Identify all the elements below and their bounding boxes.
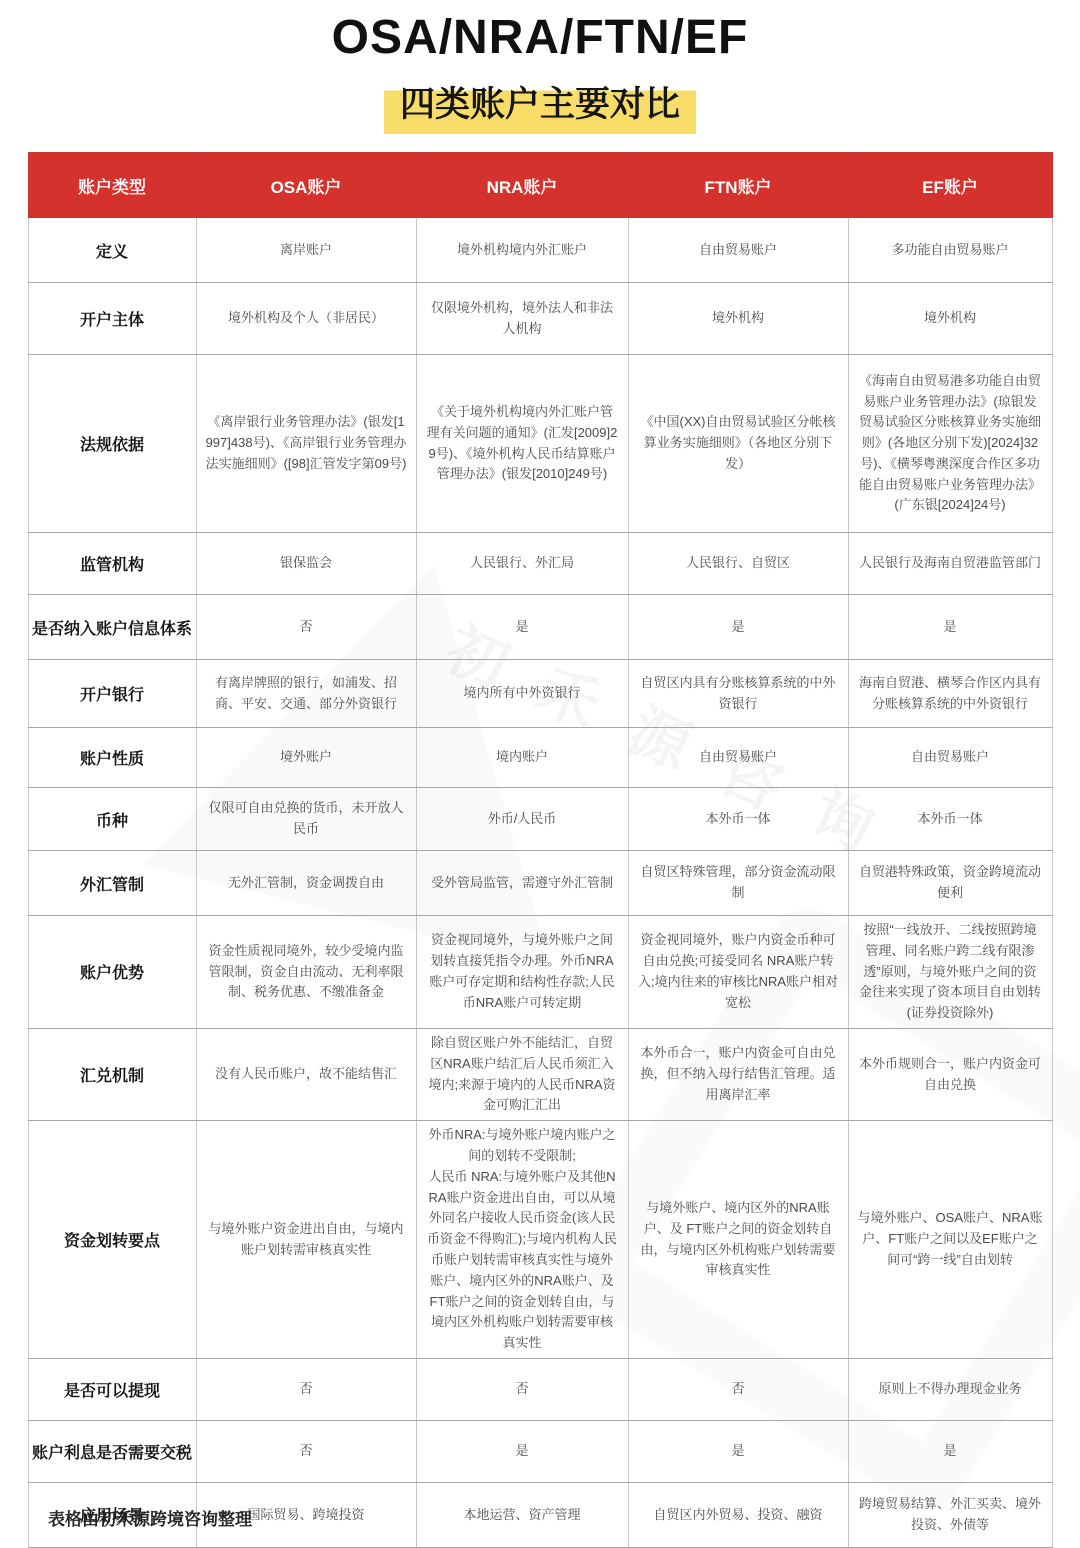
row-label: 币种: [28, 788, 196, 851]
table-cell: 与境外账户资金进出自由，与境内账户划转需审核真实性: [196, 1121, 416, 1359]
table-cell: 自贸港特殊政策，资金跨境流动便利: [848, 851, 1052, 916]
table-cell: 是: [416, 1420, 628, 1482]
table-cell: 跨境贸易结算、外汇买卖、境外投资、外债等: [848, 1482, 1052, 1547]
table-row: 监管机构银保监会人民银行、外汇局人民银行、自贸区人民银行及海南自贸港监管部门: [28, 533, 1052, 595]
table-cell: 离岸账户: [196, 218, 416, 283]
table-cell: 受外管局监管，需遵守外汇管制: [416, 851, 628, 916]
table-cell: 《海南自由贸易港多功能自由贸易账户业务管理办法》(琼银发贸易试验区分账核算业务实…: [848, 355, 1052, 533]
table-cell: 无外汇管制，资金调拨自由: [196, 851, 416, 916]
table-source-note: 表格由初禾源跨境咨询整理: [48, 1505, 252, 1530]
table-cell: 境外机构境内外汇账户: [416, 218, 628, 283]
table-cell: 《中国(XX)自由贸易试验区分帐核算业务实施细则》（各地区分别下发）: [628, 355, 848, 533]
row-label: 监管机构: [28, 533, 196, 595]
row-label: 账户性质: [28, 728, 196, 788]
row-label: 账户优势: [28, 916, 196, 1029]
table-cell: 资金视同境外，与境外账户之间划转直接凭指令办理。外币NRA账户可存定期和结构性存…: [416, 916, 628, 1029]
table-cell: 否: [196, 1420, 416, 1482]
row-label: 开户银行: [28, 660, 196, 728]
row-label: 是否可以提现: [28, 1358, 196, 1420]
table-cell: 境外机构: [628, 283, 848, 355]
table-row: 外汇管制无外汇管制，资金调拨自由受外管局监管，需遵守外汇管制自贸区特殊管理，部分…: [28, 851, 1052, 916]
table-cell: 境外机构及个人（非居民）: [196, 283, 416, 355]
table-cell: 人民银行、自贸区: [628, 533, 848, 595]
table-cell: 自由贸易账户: [628, 218, 848, 283]
table-row: 账户利息是否需要交税否是是是: [28, 1420, 1052, 1482]
page-subtitle: 四类账户主要对比: [384, 77, 696, 134]
table-cell: 没有人民币账户，故不能结售汇: [196, 1028, 416, 1120]
row-label: 资金划转要点: [28, 1121, 196, 1359]
table-row: 定义离岸账户境外机构境内外汇账户自由贸易账户多功能自由贸易账户: [28, 218, 1052, 283]
row-label: 定义: [28, 218, 196, 283]
table-cell: 境内账户: [416, 728, 628, 788]
table-header-row: 账户类型OSA账户NRA账户FTN账户EF账户: [28, 153, 1052, 218]
table-cell: 是: [848, 1420, 1052, 1482]
table-cell: 外币NRA:与境外账户境内账户之间的划转不受限制; 人民币 NRA:与境外账户及…: [416, 1121, 628, 1359]
table-cell: 自贸区特殊管理，部分资金流动限制: [628, 851, 848, 916]
table-cell: 外币/人民币: [416, 788, 628, 851]
table-cell: 是: [628, 1420, 848, 1482]
table-cell: 原则上不得办理现金业务: [848, 1358, 1052, 1420]
table-row: 是否可以提现否否否原则上不得办理现金业务: [28, 1358, 1052, 1420]
table-cell: 否: [628, 1358, 848, 1420]
table-cell: 是: [848, 595, 1052, 660]
table-cell: 自贸区内外贸易、投资、融资: [628, 1482, 848, 1547]
table-cell: 自贸区内具有分账核算系统的中外资银行: [628, 660, 848, 728]
subtitle-row: 四类账户主要对比: [0, 77, 1080, 134]
table-row: 汇兑机制没有人民币账户，故不能结售汇除自贸区账户外不能结汇，自贸区NRA账户结汇…: [28, 1028, 1052, 1120]
row-label: 是否纳入账户信息体系: [28, 595, 196, 660]
table-cell: 本外币合一，账户内资金可自由兑换，但不纳入母行结售汇管理。适用离岸汇率: [628, 1028, 848, 1120]
table-cell: 自由贸易账户: [628, 728, 848, 788]
row-label: 账户利息是否需要交税: [28, 1420, 196, 1482]
table-row: 开户银行有离岸牌照的银行，如浦发、招商、平安、交通、部分外资银行境内所有中外资银…: [28, 660, 1052, 728]
table-cell: 否: [196, 595, 416, 660]
table-cell: 银保监会: [196, 533, 416, 595]
table-cell: 《关于境外机构境内外汇账户管理有关问题的通知》(汇发[2009]29号)、《境外…: [416, 355, 628, 533]
table-cell: 与境外账户、OSA账户、NRA账户、FT账户之间以及EF账户之间可“跨一线”自由…: [848, 1121, 1052, 1359]
table-cell: 本外币规则合一，账户内资金可自由兑换: [848, 1028, 1052, 1120]
table-cell: 人民银行、外汇局: [416, 533, 628, 595]
table-cell: 按照“一线放开、二线按照跨境管理、同名账户跨二线有限渗透”原则，与境外账户之间的…: [848, 916, 1052, 1029]
table-cell: 境外机构: [848, 283, 1052, 355]
row-label: 开户主体: [28, 283, 196, 355]
table-row: 法规依据《离岸银行业务管理办法》(银发[1997]438号)、《高岸银行业务管理…: [28, 355, 1052, 533]
table-cell: 是: [628, 595, 848, 660]
table-cell: 本外币一体: [628, 788, 848, 851]
table-row: 开户主体境外机构及个人（非居民）仅限境外机构，境外法人和非法人机构境外机构境外机…: [28, 283, 1052, 355]
table-cell: 《离岸银行业务管理办法》(银发[1997]438号)、《高岸银行业务管理办法实施…: [196, 355, 416, 533]
table-cell: 资金性质视同境外，较少受境内监管限制，资金自由流动、无利率限制、税务优惠、不缴准…: [196, 916, 416, 1029]
table-row: 账户性质境外账户境内账户自由贸易账户自由贸易账户: [28, 728, 1052, 788]
column-header: EF账户: [848, 153, 1052, 218]
table-cell: 有离岸牌照的银行，如浦发、招商、平安、交通、部分外资银行: [196, 660, 416, 728]
table-cell: 海南自贸港、横琴合作区内具有分账核算系统的中外资银行: [848, 660, 1052, 728]
table-cell: 境内所有中外资银行: [416, 660, 628, 728]
table-cell: 本地运营、资产管理: [416, 1482, 628, 1547]
table-row: 资金划转要点与境外账户资金进出自由，与境内账户划转需审核真实性外币NRA:与境外…: [28, 1121, 1052, 1359]
table-cell: 自由贸易账户: [848, 728, 1052, 788]
table-cell: 资金视同境外，账户内资金币种可自由兑换;可接受同名 NRA账户转入;境内往来的审…: [628, 916, 848, 1029]
column-header: NRA账户: [416, 153, 628, 218]
table-cell: 否: [196, 1358, 416, 1420]
table-row: 是否纳入账户信息体系否是是是: [28, 595, 1052, 660]
table-cell: 人民银行及海南自贸港监管部门: [848, 533, 1052, 595]
account-comparison-table: 账户类型OSA账户NRA账户FTN账户EF账户 定义离岸账户境外机构境内外汇账户…: [28, 152, 1053, 1548]
page-title: OSA/NRA/FTN/EF: [0, 10, 1080, 65]
column-header: FTN账户: [628, 153, 848, 218]
table-row: 账户优势资金性质视同境外，较少受境内监管限制，资金自由流动、无利率限制、税务优惠…: [28, 916, 1052, 1029]
table-body: 定义离岸账户境外机构境内外汇账户自由贸易账户多功能自由贸易账户开户主体境外机构及…: [28, 218, 1052, 1548]
column-header: 账户类型: [28, 153, 196, 218]
table-cell: 境外账户: [196, 728, 416, 788]
table-cell: 是: [416, 595, 628, 660]
column-header: OSA账户: [196, 153, 416, 218]
row-label: 法规依据: [28, 355, 196, 533]
table-cell: 多功能自由贸易账户: [848, 218, 1052, 283]
row-label: 汇兑机制: [28, 1028, 196, 1120]
table-cell: 除自贸区账户外不能结汇，自贸区NRA账户结汇后人民币须汇入境内;来源于境内的人民…: [416, 1028, 628, 1120]
table-cell: 与境外账户、境内区外的NRA账户、及 FT账户之间的资金划转自由，与境内区外机构…: [628, 1121, 848, 1359]
table-cell: 本外币一体: [848, 788, 1052, 851]
table-cell: 仅限可自由兑换的货币，未开放人民币: [196, 788, 416, 851]
table-cell: 仅限境外机构，境外法人和非法人机构: [416, 283, 628, 355]
table-row: 币种仅限可自由兑换的货币，未开放人民币外币/人民币本外币一体本外币一体: [28, 788, 1052, 851]
row-label: 外汇管制: [28, 851, 196, 916]
table-cell: 否: [416, 1358, 628, 1420]
